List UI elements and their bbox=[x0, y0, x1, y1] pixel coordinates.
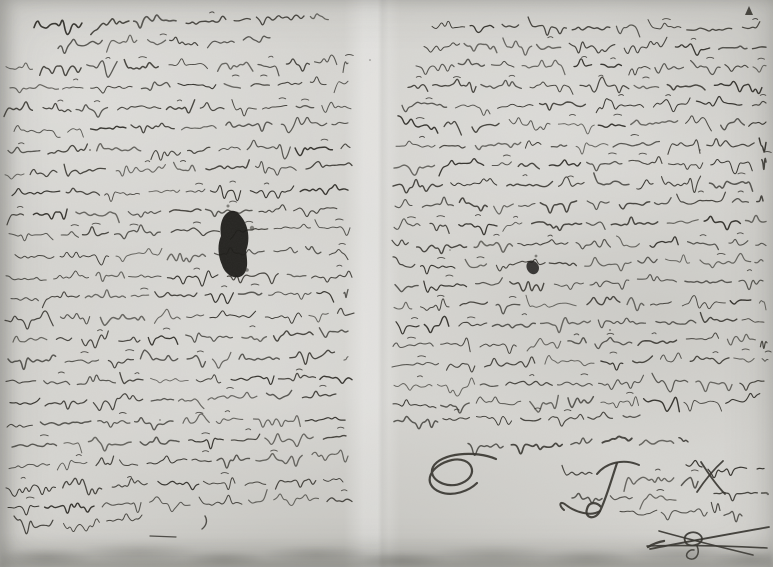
handwriting-layer bbox=[0, 0, 773, 567]
manuscript-screenshot bbox=[0, 0, 773, 567]
showthrough-band bbox=[0, 535, 773, 567]
manuscript-photo bbox=[0, 0, 773, 567]
film-grain bbox=[0, 0, 773, 567]
